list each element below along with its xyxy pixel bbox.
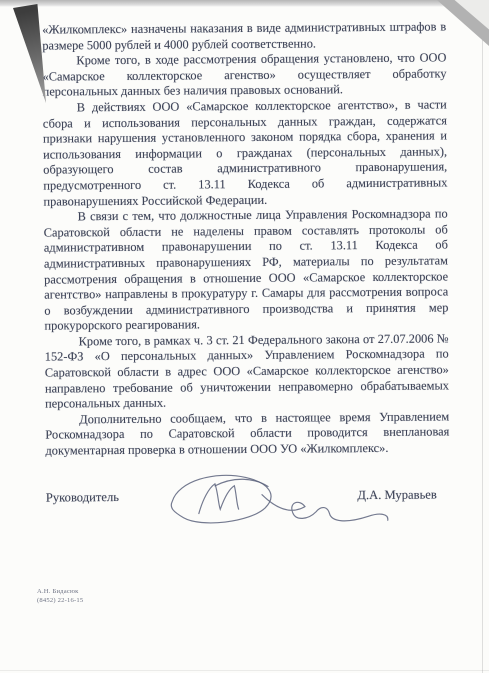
executor-name: А.Н. Бидасюк (37, 588, 83, 597)
scanned-letter-page: «Жилкомплекс» назначены наказания в виде… (0, 0, 489, 673)
executor-phone: (8452) 22-16-15 (37, 597, 83, 606)
paragraph-prosecutor-referral: В связи с тем, что должностные лица Упра… (44, 207, 449, 335)
executor-contact: А.Н. Бидасюк (8452) 22-16-15 (37, 588, 83, 605)
scan-edge-right (482, 40, 483, 673)
handwritten-signature (156, 464, 402, 543)
signature-block: Руководитель Д.А. Муравьев (46, 487, 450, 506)
paragraph-processing-without-grounds: Кроме того, в ходе рассмотрения обращени… (42, 51, 446, 101)
paragraph-unscheduled-inspection: Дополнительно сообщаем, что в настоящее … (45, 409, 449, 459)
signatory-role: Руководитель (46, 490, 119, 506)
paragraph-destruction-demand: Кроме того, в рамках ч. 3 ст. 21 Федерал… (45, 331, 450, 412)
scan-edge-top (0, 0, 489, 7)
paragraph-violation-signs: В действиях ООО «Самарское коллекторское… (43, 97, 448, 209)
paragraph-fines: «Жилкомплекс» назначены наказания в виде… (42, 19, 446, 53)
scan-edge-bottom (0, 670, 489, 671)
letter-body: «Жилкомплекс» назначены наказания в виде… (42, 19, 450, 505)
signatory-name: Д.А. Муравьев (357, 487, 450, 503)
scan-corner-fold-dark (13, 4, 46, 103)
